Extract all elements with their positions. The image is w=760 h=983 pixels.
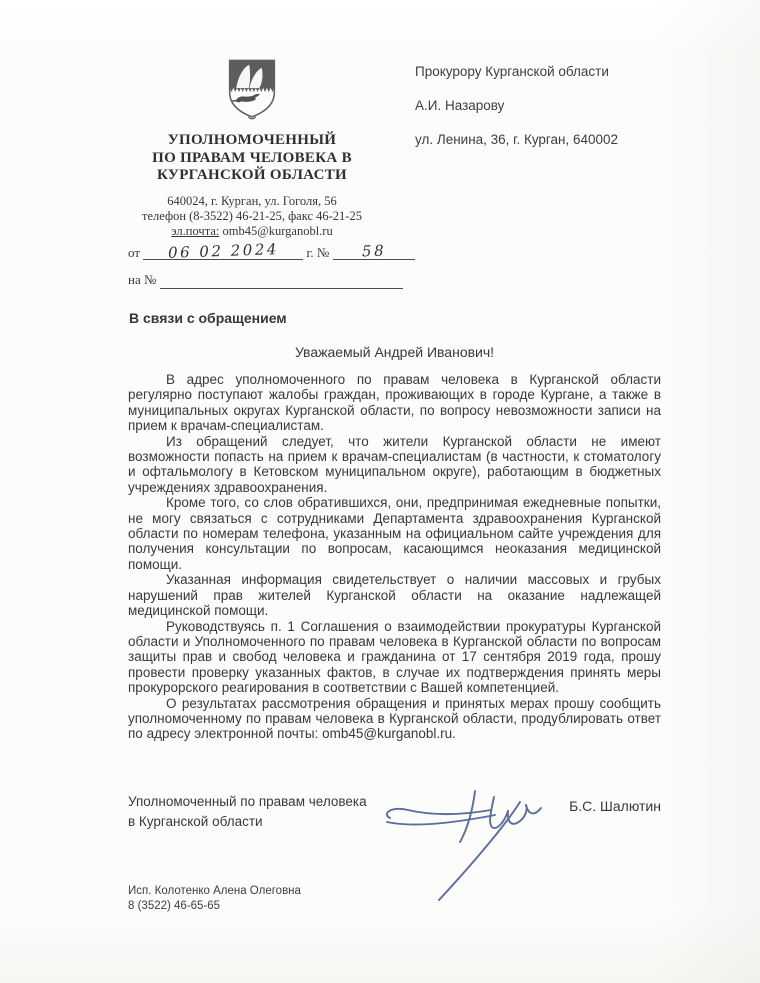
handwritten-number: 58 — [361, 242, 386, 261]
signer-position-line: Уполномоченный по правам человека — [128, 792, 367, 812]
scanned-letter-page: УПОЛНОМОЧЕННЫЙ ПО ПРАВАМ ЧЕЛОВЕКА В КУРГ… — [0, 0, 760, 983]
letter-body: Уважаемый Андрей Иванович! В адрес уполн… — [128, 344, 661, 742]
letterhead-title-line: УПОЛНОМОЧЕННЫЙ — [116, 132, 388, 150]
body-paragraph: Указанная информация свидетельствует о н… — [128, 572, 661, 618]
letterhead-contact: 640024, г. Курган, ул. Гоголя, 56 телефо… — [116, 194, 388, 239]
recipient-name: А.И. Назарову — [415, 98, 618, 113]
outgoing-reference-line: от 06 02 2024 г. № 58 — [128, 243, 415, 261]
executor-block: Исп. Колотенко Алена Олеговна 8 (3522) 4… — [128, 884, 301, 913]
body-paragraph: Из обращений следует, что жители Курганс… — [128, 434, 661, 496]
executor-phone: 8 (3522) 46-65-65 — [128, 899, 301, 914]
email-value: omb45@kurganobl.ru — [222, 224, 332, 238]
recipient-block: Прокурору Курганской области А.И. Назаро… — [415, 64, 618, 166]
number-field: 58 — [333, 243, 415, 260]
coat-of-arms-icon — [221, 56, 283, 127]
handwritten-date: 06 02 2024 — [168, 240, 279, 262]
reply-label: на № — [128, 272, 156, 287]
signer-name: Б.С. Шалютин — [569, 798, 661, 814]
reply-field — [160, 272, 403, 289]
from-label: от — [128, 245, 140, 260]
incoming-reference-line: на № — [128, 272, 403, 289]
subject-line: В связи с обращением — [129, 310, 287, 326]
recipient-title: Прокурору Курганской области — [415, 64, 618, 79]
recipient-address: ул. Ленина, 36, г. Курган, 640002 — [415, 132, 618, 147]
email-label: эл.почта: — [171, 224, 219, 238]
body-paragraph: Руководствуясь п. 1 Соглашения о взаимод… — [128, 619, 661, 696]
signer-position: Уполномоченный по правам человека в Кург… — [128, 792, 367, 832]
letterhead-email-line: эл.почта: omb45@kurganobl.ru — [116, 224, 388, 239]
letterhead-title-line: ПО ПРАВАМ ЧЕЛОВЕКА В — [116, 150, 388, 168]
letterhead-phone: телефон (8-3522) 46-21-25, факс 46-21-25 — [116, 209, 388, 224]
body-paragraph: Кроме того, со слов обратившихся, они, п… — [128, 495, 661, 572]
letterhead-address: 640024, г. Курган, ул. Гоголя, 56 — [116, 194, 388, 209]
letterhead: УПОЛНОМОЧЕННЫЙ ПО ПРАВАМ ЧЕЛОВЕКА В КУРГ… — [116, 56, 388, 239]
date-field: 06 02 2024 — [143, 243, 303, 260]
letterhead-title-line: КУРГАНСКОЙ ОБЛАСТИ — [116, 167, 388, 185]
salutation: Уважаемый Андрей Иванович! — [128, 344, 661, 360]
body-paragraph: О результатах рассмотрения обращения и п… — [128, 696, 661, 742]
executor-name: Исп. Колотенко Алена Олеговна — [128, 884, 301, 899]
signer-position-line: в Курганской области — [128, 812, 367, 832]
number-label: г. № — [307, 245, 330, 260]
letterhead-title: УПОЛНОМОЧЕННЫЙ ПО ПРАВАМ ЧЕЛОВЕКА В КУРГ… — [116, 132, 388, 185]
signature-row: Уполномоченный по правам человека в Кург… — [128, 792, 661, 832]
body-paragraph: В адрес уполномоченного по правам челове… — [128, 372, 661, 434]
